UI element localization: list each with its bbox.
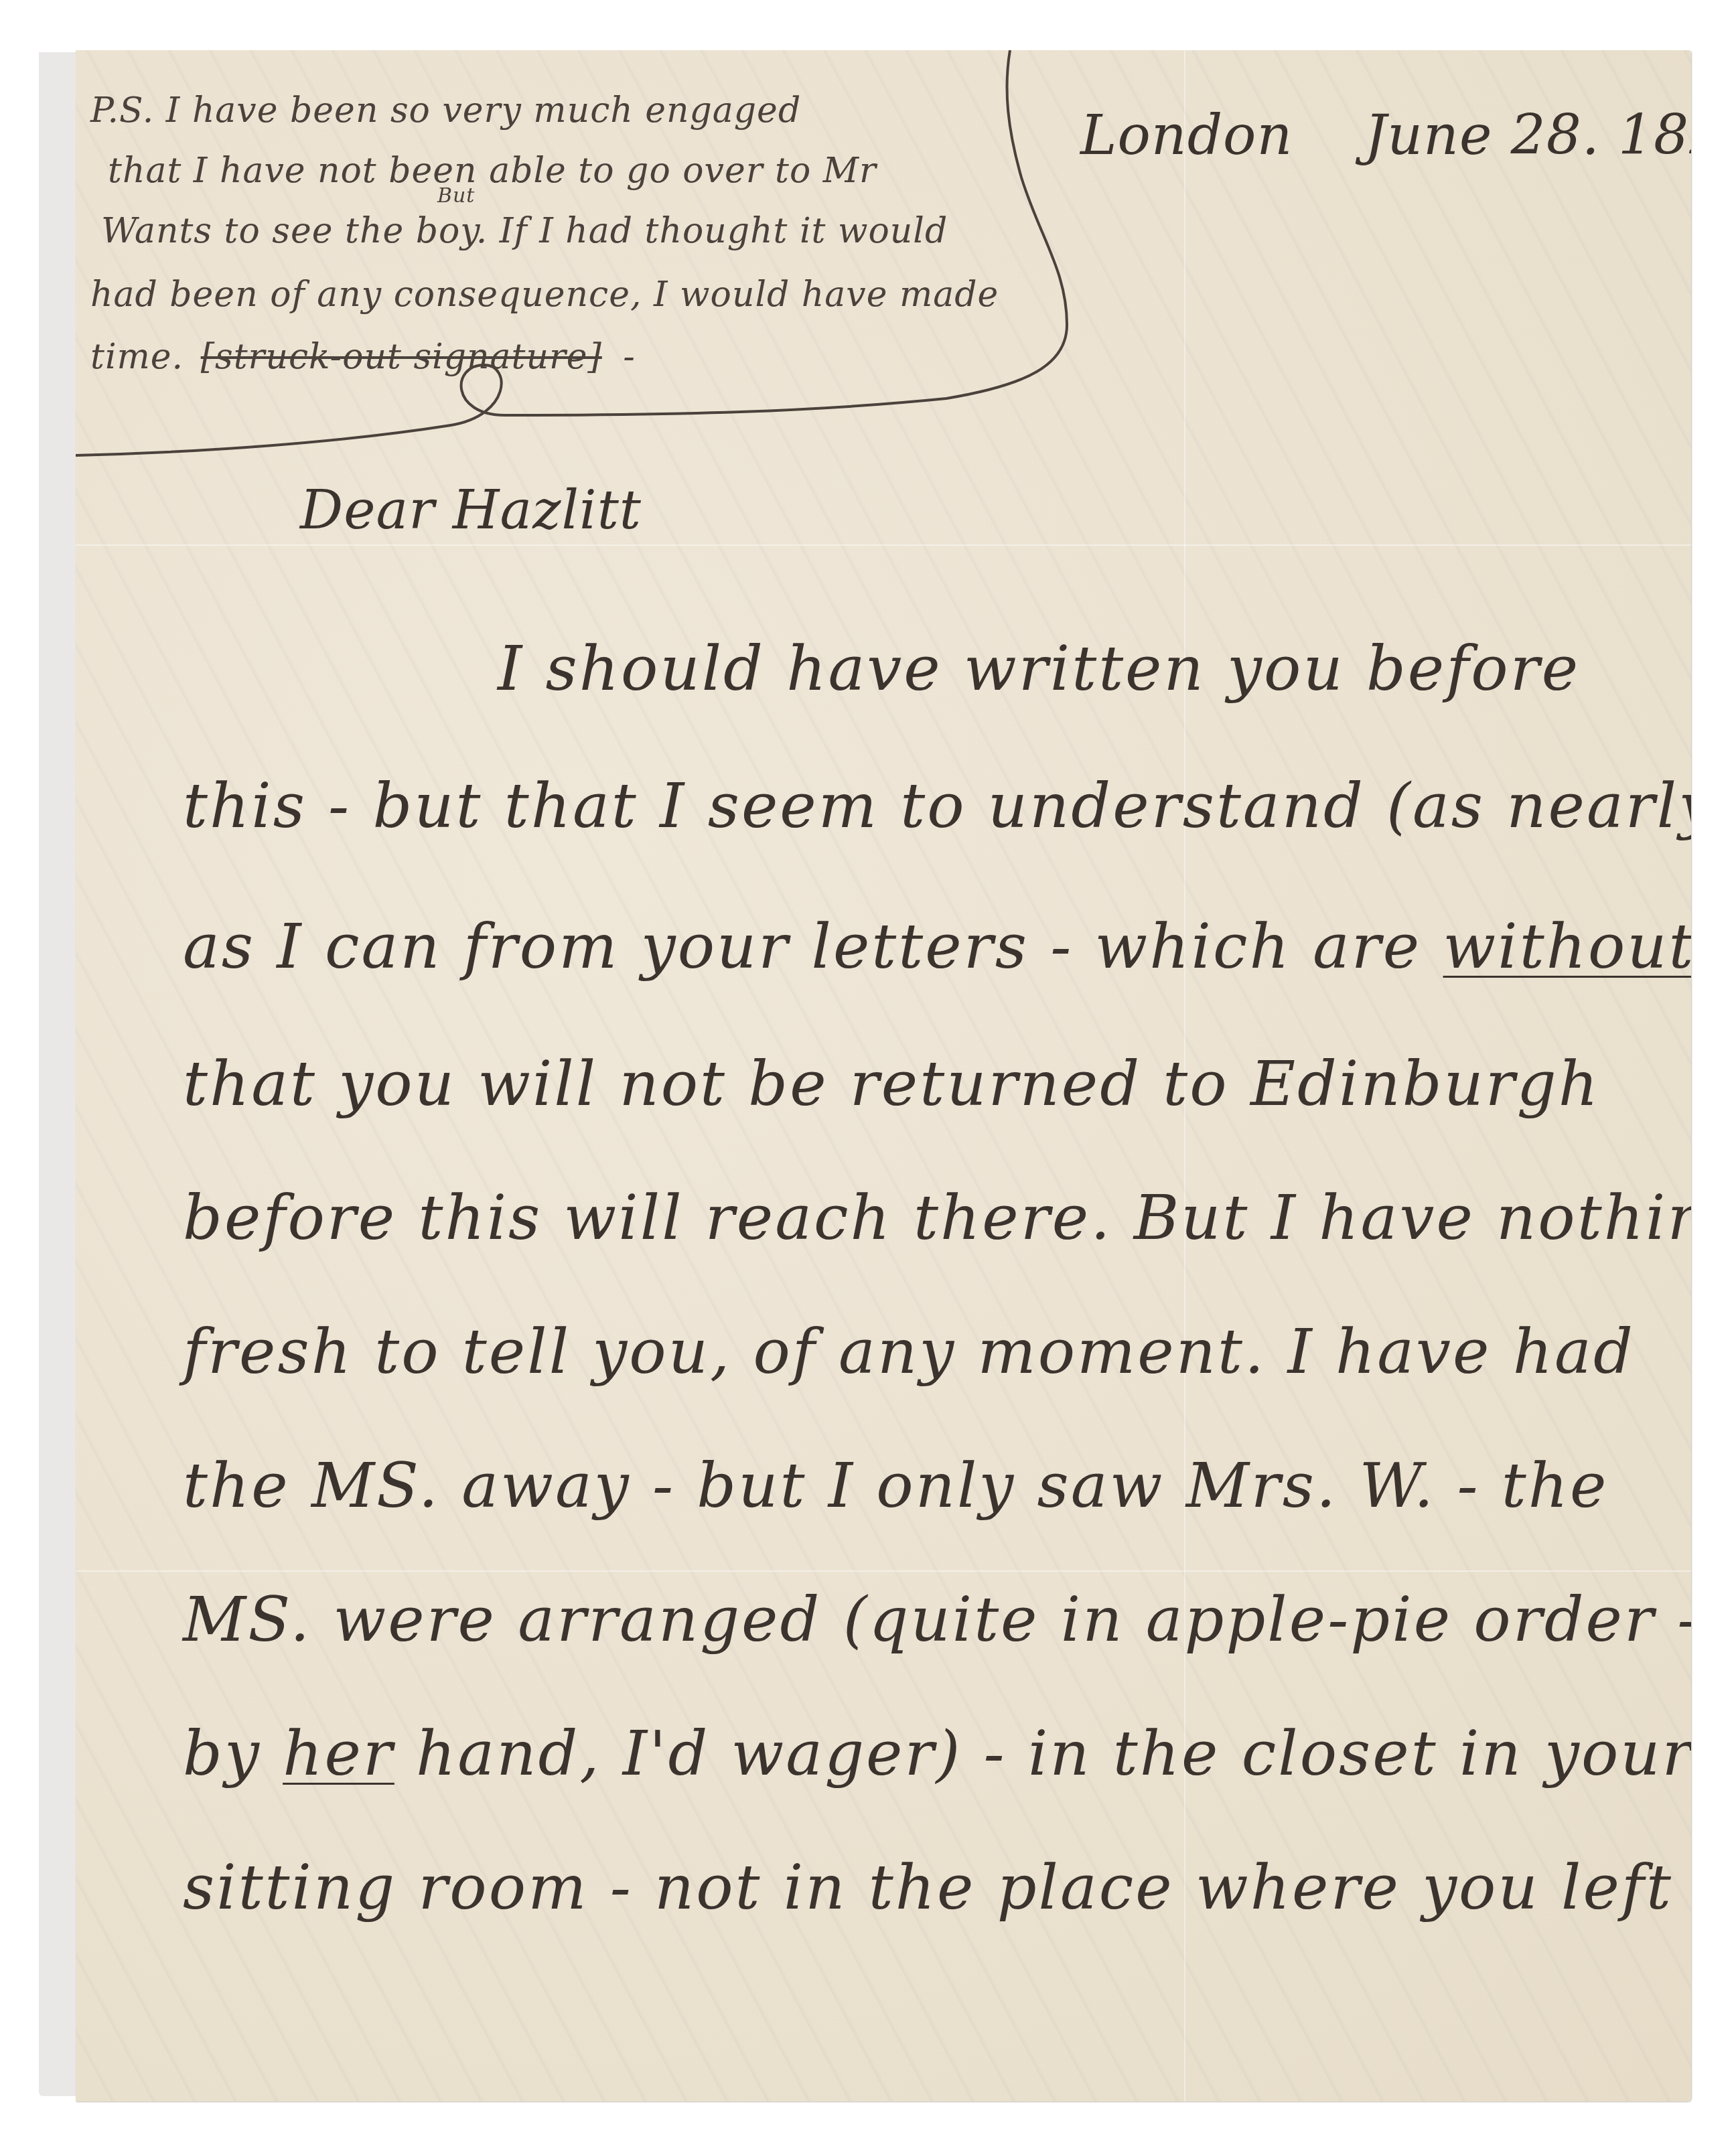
postscript-line-3-text: Wants to see the boy. If I had thought i…	[101, 211, 948, 251]
body-line-3: as I can from your letters - which are w…	[183, 911, 1691, 982]
body-line-2: this - but that I seem to understand (as…	[183, 770, 1691, 842]
body-line-8: MS. were arranged (quite in apple-pie or…	[183, 1584, 1691, 1655]
body-line-3-pre: as I can from your letters - which are	[183, 911, 1443, 982]
mount-strip	[39, 52, 76, 2096]
letter-header: London June 28. 1822	[1080, 104, 1691, 167]
fold-line-horizontal	[76, 544, 1691, 546]
header-place: London	[1080, 104, 1293, 167]
postscript-line-4-text: had been of any consequence, I would hav…	[90, 275, 999, 315]
postscript-line-3: Wants to see the boy. If I had thought i…	[101, 211, 948, 251]
postscript-line-5: time. [struck-out signature] -	[90, 337, 636, 377]
struck-signature: [struck-out signature]	[201, 337, 602, 377]
body-line-7: the MS. away - but I only saw Mrs. W. - …	[183, 1450, 1608, 1522]
body-line-9: by her hand, I'd wager) - in the closet …	[183, 1718, 1691, 1789]
letter-page: P.S. I have been so very much engaged th…	[76, 50, 1691, 2101]
body-line-9-pre: by	[183, 1718, 283, 1789]
fold-line-horizontal	[76, 1570, 1691, 1572]
postscript-insertion: But	[437, 184, 475, 208]
underlined-her: her	[283, 1718, 394, 1789]
postscript-line-4: had been of any consequence, I would hav…	[90, 275, 999, 315]
postscript-time: time.	[90, 337, 184, 377]
body-line-10: sitting room - not in the place where yo…	[183, 1852, 1673, 1923]
body-line-9-post: hand, I'd wager) - in the closet in your	[394, 1718, 1691, 1789]
salutation: Dear Hazlitt	[300, 479, 642, 541]
postscript-line-1: P.S. I have been so very much engaged	[90, 90, 801, 131]
body-line-1: I should have written you before	[498, 633, 1580, 705]
body-line-5: before this will reach there. But I have…	[183, 1182, 1691, 1254]
postscript-line-2: that I have not been able to go over to …	[108, 151, 877, 191]
underlined-without-date: without date	[1443, 911, 1692, 982]
body-line-6: fresh to tell you, of any moment. I have…	[183, 1316, 1635, 1388]
body-line-4: that you will not be returned to Edinbur…	[183, 1048, 1600, 1120]
postscript-dash: -	[623, 337, 636, 377]
header-date: June 28. 1822	[1364, 104, 1691, 167]
